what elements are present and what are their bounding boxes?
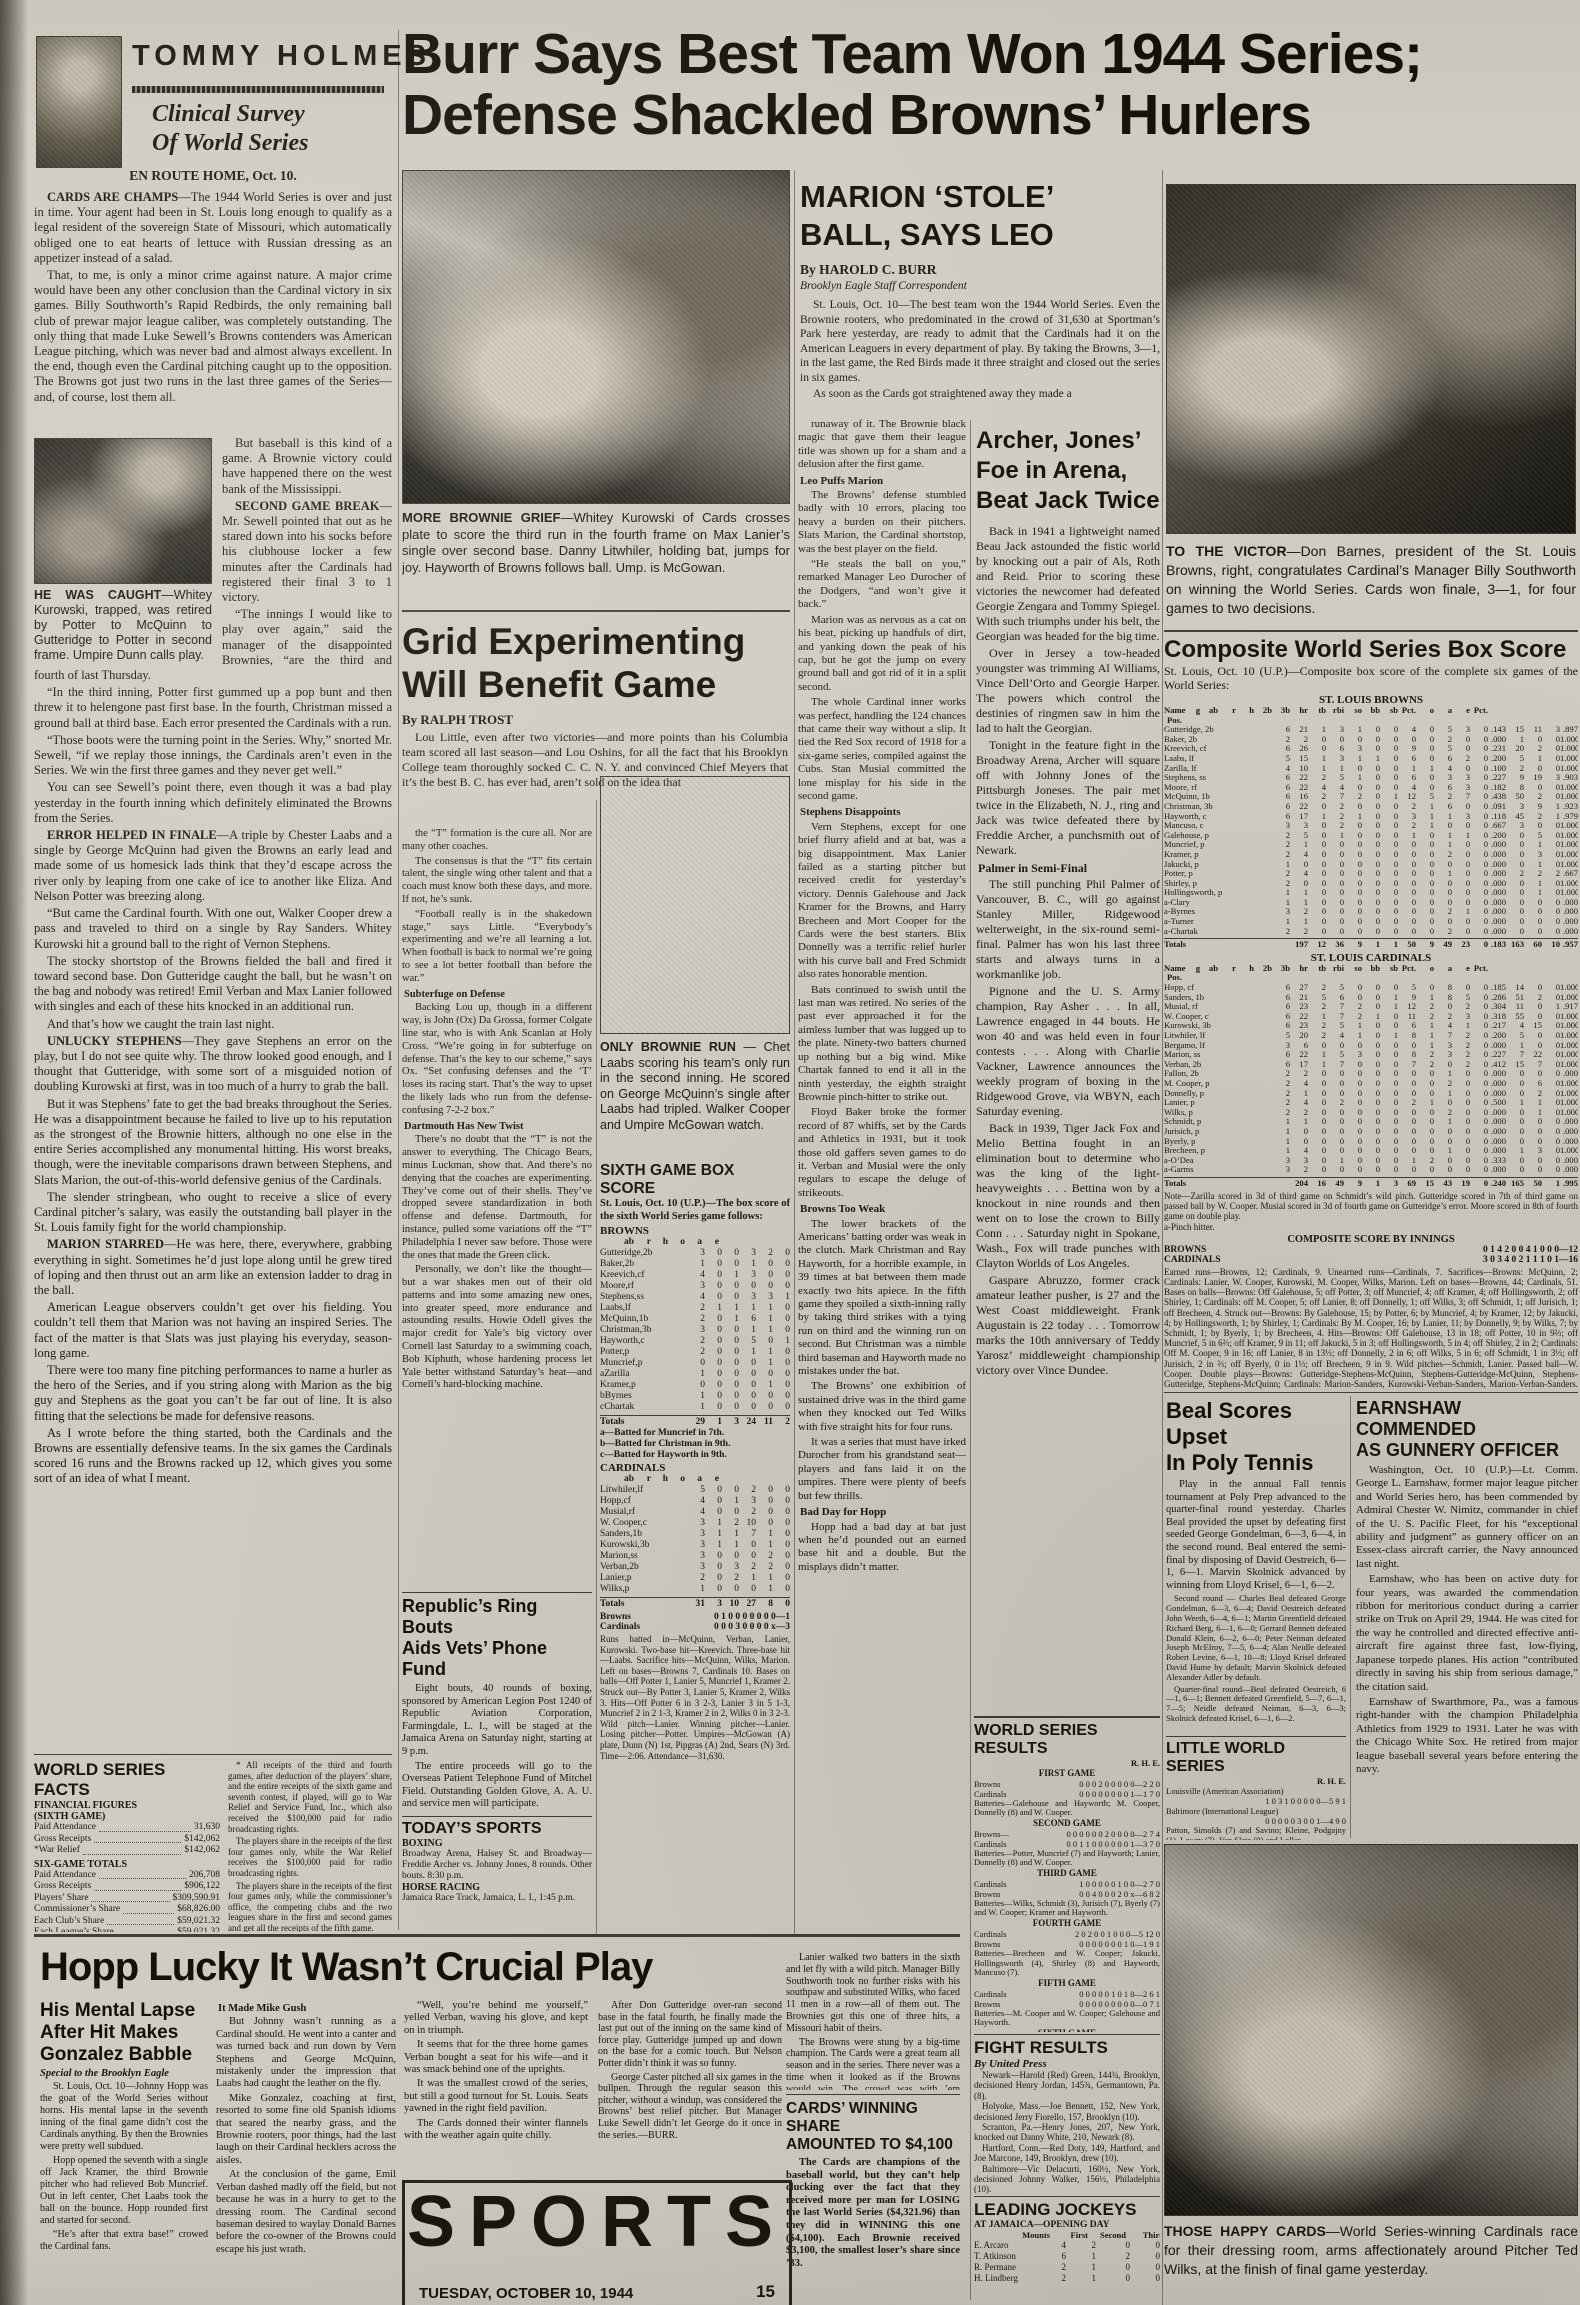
batteries: Batteries—M. Cooper and W. Cooper; Galeh…: [974, 2009, 1160, 2029]
hopp-column-e: Lanier walked two batters in the sixth a…: [786, 1952, 960, 2090]
sport-label: HORSE RACING: [402, 1882, 592, 1893]
header-cell: ab: [617, 1474, 634, 1485]
facts-row: Paid Attendance31,630: [34, 1822, 220, 1834]
facts-sub1b: (SIXTH GAME): [34, 1811, 220, 1822]
stat-row: Hayworth, c6171210031130.1184521.979: [1164, 812, 1578, 822]
stat-row: Stephens, ss6222510060330.2279193.903: [1164, 773, 1578, 783]
stat-row: Muncrief, p210000000100.0000101.000: [1164, 840, 1578, 850]
header-cell: Third: [1126, 2230, 1160, 2240]
game-label: THIRD GAME: [974, 1868, 1160, 1879]
more-brownie-grief-caption: MORE BROWNIE GRIEF—Whitey Kurowski of Ca…: [402, 510, 790, 606]
paragraph: Lanier walked two batters in the sixth a…: [786, 1952, 960, 2035]
little-world-series: LITTLE WORLD SERIES R. H. E. Louisville …: [1166, 1740, 1346, 1840]
game-label: SECOND GAME: [974, 1818, 1160, 1829]
paragraph: It seems that for the three home games V…: [404, 2039, 588, 2076]
paragraph: ERROR HELPED IN FINALE—A triple by Chest…: [34, 828, 392, 904]
jockeys-rows: E. Arcaro4200T. Atkinson6120R. Permane21…: [974, 2240, 1160, 2284]
sixth-game-box-score: SIXTH GAME BOX SCORE St. Louis, Oct. 10 …: [600, 1162, 790, 1906]
header-cell: e: [702, 1474, 719, 1485]
laabs-scores-photo: [600, 776, 790, 1034]
paragraph: “But came the Cardinal fourth. With one …: [34, 906, 392, 952]
stat-row: Laabs, lf5151311060620.2005101.000: [1164, 754, 1578, 764]
paragraph: Pignone and the U. S. Army champion, Ray…: [976, 984, 1160, 1119]
paragraph: “He steals the ball on you,” remarked Ma…: [798, 558, 966, 612]
paragraph: Tonight in the feature fight in the Broa…: [976, 738, 1160, 858]
marion-headline-line1: MARION ‘STOLE’: [800, 178, 1162, 216]
header-cell: Second: [1088, 2230, 1126, 2240]
composite-lead: St. Louis, Oct. 10 (U.P.)—Composite box …: [1164, 664, 1578, 692]
batteries: Batteries—Brecheen and W. Cooper; Jakuck…: [974, 1949, 1160, 1978]
paragraph: the “T” formation is the cure all. Nor a…: [402, 828, 592, 854]
stat-row: Litwhiler,lf500200: [600, 1485, 790, 1496]
decorative-bar: [132, 86, 384, 93]
cards-share-article: CARDS’ WINNING SHARE AMOUNTED TO $4,100 …: [786, 2100, 960, 2302]
stat-row: McQuinn,1b201610: [600, 1314, 790, 1325]
composite-browns-totals: Totals197123691150949230.1831636010.957: [1164, 938, 1578, 950]
composite-note: Note—Zarilla scored in 3d of third game …: [1164, 1191, 1578, 1222]
header-cell: ab: [617, 1237, 634, 1248]
beal-headline: Beal Scores Upset In Poly Tennis: [1166, 1398, 1346, 1476]
fight-result-line: Hartford, Conn.—Red Doty, 149, Hartford,…: [974, 2143, 1160, 2164]
paragraph: After Don Gutteridge over-ran second bas…: [598, 2000, 782, 2070]
earnshaw-body: Washington, Oct. 10 (U.P.)—Lt. Comm. Geo…: [1356, 1464, 1578, 1776]
stat-row: McQuinn, 1b61627201125270.43850201.000: [1164, 792, 1578, 802]
stat-row: Galehouse, p250100010110.2000501.000: [1164, 831, 1578, 841]
header-cell: Pct.: [1398, 964, 1416, 983]
header-cell: h: [651, 1474, 668, 1485]
paragraph: It was the smallest crowd of the series,…: [404, 2078, 588, 2115]
fight-byline: By United Press: [974, 2058, 1160, 2070]
paragraph: “Well, you’re behind me yourself,” yelle…: [404, 2000, 588, 2037]
facts-row: *War Relief$142,062: [34, 1845, 220, 1857]
header-cell: g: [1182, 706, 1200, 725]
stat-row: Kreevich,cf401300: [600, 1270, 790, 1281]
header-cell: o: [1416, 964, 1434, 983]
paragraph: At the conclusion of the game, Emil Verb…: [216, 2169, 396, 2256]
header-cell: 2b: [1254, 706, 1272, 725]
header-cell: e: [702, 1237, 719, 1248]
composite-box-score: Composite World Series Box Score St. Lou…: [1164, 636, 1578, 1390]
innings-browns-label: BROWNS: [1164, 1245, 1206, 1255]
grid-headline: Grid Experimenting Will Benefit Game: [402, 620, 792, 706]
stat-row: Verban,2b303220: [600, 1562, 790, 1573]
republic-headline: Republic’s Ring Bouts Aids Vets’ Phone F…: [402, 1596, 592, 1680]
paragraph: St. Louis, Oct. 10—Johnny Hopp was the g…: [40, 2081, 208, 2153]
stat-row: Musial,rf400200: [600, 1507, 790, 1518]
section-rule: [974, 2196, 1160, 2197]
paragraph: But it was Stephens’ fate to get the bad…: [34, 1097, 392, 1188]
lws-rhe: R. H. E.: [1166, 1776, 1346, 1786]
pinch-hitter-note: a-Pinch hitter.: [1164, 1222, 1578, 1232]
paragraph: Earnshaw of Swarthmore, Pa., was a famou…: [1356, 1696, 1578, 1776]
to-the-victor-caption: TO THE VICTOR—Don Barnes, president of t…: [1166, 542, 1576, 626]
stat-row: aZarilla100000: [600, 1369, 790, 1380]
paragraph: “Football really is in the shakedown sta…: [402, 909, 592, 986]
facts-row: Commissioner’s Share$68,826.00: [34, 1904, 220, 1916]
paragraph: Gaspare Abruzzo, former crack amateur le…: [976, 1273, 1160, 1378]
stat-row: Gutteridge,2b300320: [600, 1248, 790, 1259]
facts-sub1: FINANCIAL FIGURES: [34, 1800, 220, 1811]
header-cell: Pct.: [1470, 706, 1488, 725]
archer-body-column: Back in 1941 a lightweight named Beau Ja…: [976, 524, 1160, 1712]
paragraph: UNLUCKY STEPHENS—They gave Stephens an e…: [34, 1034, 392, 1095]
paragraph: The lower brackets of the Americans’ bat…: [798, 1218, 966, 1379]
columnist-name: TOMMY HOLMES: [132, 40, 394, 73]
stat-row: Kreevich, cf6260630090500.23120201.000: [1164, 744, 1578, 754]
world-series-results: WORLD SERIES RESULTS R. H. E. FIRST GAME…: [974, 1722, 1160, 2032]
paragraph: Play in the annual Fall tennis tournamen…: [1166, 1479, 1346, 1592]
header-cell: h: [651, 1237, 668, 1248]
header-cell: so: [1344, 964, 1362, 983]
sport-entry: HORSE RACING Jamaica Race Track, Jamaica…: [402, 1882, 592, 1904]
fight-result-line: Scranton, Pa.—Henry Jones, 207, New York…: [974, 2122, 1160, 2143]
lws-title: LITTLE WORLD SERIES: [1166, 1740, 1346, 1776]
paragraph: American League observers couldn’t get o…: [34, 1300, 392, 1361]
section-rule: [1164, 630, 1578, 632]
stat-row: Schmidt, p110000000100.000000.000: [1164, 1117, 1578, 1127]
game-result: FIRST GAME Browns0 0 0 2 0 0 0 0 0—2 2 0…: [974, 1768, 1160, 1818]
paragraph: The Browns were stung by a big-time cham…: [786, 2037, 960, 2090]
composite-cardinals-rows: Hopp, cf6272500050800.18514001.000Sander…: [1164, 983, 1578, 1175]
stat-row: Laabs,lf211110: [600, 1303, 790, 1314]
composite-title: Composite World Series Box Score: [1164, 636, 1578, 664]
lws-batteries: Patton, Simolds (7) and Savino; Kleine, …: [1166, 1826, 1346, 1840]
republic-bouts-article: Republic’s Ring Bouts Aids Vets’ Phone F…: [402, 1596, 592, 1812]
stat-row: Kramer,p000010: [600, 1380, 790, 1391]
header-cell: hr: [1290, 706, 1308, 725]
lws-baltimore: Baltimore (International League): [1166, 1806, 1346, 1816]
archer-headline: Archer, Jones’ Foe in Arena, Beat Jack T…: [976, 426, 1160, 516]
fight-result-line: Baltimore—Vic Delacurti, 160½, New York,…: [974, 2164, 1160, 2194]
hopp-subhead: His Mental Lapse After Hit Makes Gonzale…: [40, 2000, 208, 2066]
paragraph: The slender stringbean, who ought to rec…: [34, 1190, 392, 1236]
stat-row: Litwhiler, lf5202410181720.2005001.000: [1164, 1031, 1578, 1041]
earnshaw-article: EARNSHAW COMMENDED AS GUNNERY OFFICER Wa…: [1356, 1398, 1578, 1838]
composite-header: Name Pos.gabrh2b3bhrtbrbisobbsbPct.oaePc…: [1164, 964, 1578, 983]
section-rule: [402, 610, 790, 612]
holmes-body-main: HE WAS CAUGHT—Whitey Kurowski, trapped, …: [34, 436, 392, 1752]
world-series-facts-box: WORLD SERIES FACTS FINANCIAL FIGURES (SI…: [34, 1760, 220, 1932]
stat-row: Wilks, p220000000200.0000101.000: [1164, 1108, 1578, 1118]
paragraph: Palmer in Semi-Final: [976, 861, 1160, 876]
paragraph: Browns Too Weak: [798, 1203, 966, 1216]
stat-row: cChartak100000: [600, 1402, 790, 1413]
todays-sports-title: TODAY’S SPORTS: [402, 1820, 592, 1838]
header-cell: sb: [1380, 706, 1398, 725]
facts-row: Paid Attendance206,708: [34, 1870, 220, 1882]
hopp-column-c: “Well, you’re behind me yourself,” yelle…: [404, 2000, 588, 2176]
banner-date: TUESDAY, OCTOBER 10, 1944: [419, 2285, 633, 2302]
header-cell: r: [1218, 706, 1236, 725]
facts-rows-totals: Paid Attendance206,708Gross Receipts$906…: [34, 1870, 220, 1933]
hopp-column-d: After Don Gutteridge over-ran second bas…: [598, 2000, 782, 2176]
paragraph: Dartmouth Has New Twist: [402, 1121, 592, 1134]
header-cell: Name Pos.: [1164, 964, 1182, 983]
paragraph: Marion was as nervous as a cat on his be…: [798, 614, 966, 694]
composite-browns-rows: Gutteridge, 2b6211310040530.14315113.897…: [1164, 725, 1578, 936]
section-rule: [402, 1816, 592, 1817]
column-kicker: Clinical Survey Of World Series: [152, 100, 384, 158]
page-binding-edge: [0, 0, 28, 2305]
paragraph: Bad Day for Hopp: [798, 1506, 966, 1519]
paragraph: The stocky shortstop of the Browns field…: [34, 954, 392, 1015]
facts-sub2: SIX-GAME TOTALS: [34, 1859, 220, 1870]
grid-headline-line2: Will Benefit Game: [402, 663, 792, 706]
column-rule: [1162, 170, 1163, 2305]
stat-row: Hollingsworth, p110000000000.0000101.000: [1164, 888, 1578, 898]
paragraph: Mike Gonzalez, coaching at first, resort…: [216, 2093, 396, 2167]
grid-byline: By RALPH TROST: [402, 712, 513, 728]
lws-louisville-score: 1 0 3 1 0 0 0 0 0—5 9 1: [1166, 1796, 1346, 1806]
innings-cardinals-score: 3 0 3 4 0 2 1 1 1 0 1—16: [1483, 1255, 1578, 1265]
paragraph: There’s no doubt that the “T” is not the…: [402, 1134, 592, 1262]
wsr-games: FIRST GAME Browns0 0 0 2 0 0 0 0 0—2 2 0…: [974, 1768, 1160, 2032]
paragraph: CARDS ARE CHAMPS—The 1944 World Series i…: [34, 190, 392, 266]
marion-headline-line2: BALL, SAYS LEO: [800, 216, 1162, 254]
main-headline-line2: Defense Shackled Browns’ Hurlers: [402, 85, 1578, 146]
header-cell: hr: [1290, 964, 1308, 983]
header-cell: ab: [1200, 964, 1218, 983]
wsr-title: WORLD SERIES RESULTS: [974, 1722, 1160, 1758]
hopp-column-b: It Made Mike GushBut Johnny wasn’t runni…: [216, 2000, 396, 2302]
those-happy-cards-photo: [1164, 1844, 1578, 2216]
composite-summary: Earned runs—Browns, 12; Cardinals, 9. Un…: [1164, 1267, 1578, 1390]
marion-headline: MARION ‘STOLE’ BALL, SAYS LEO: [800, 178, 1162, 254]
stat-row: a-Turner110000000000.000000.000: [1164, 917, 1578, 927]
column-rule: [970, 420, 971, 2300]
beal-headline-line2: In Poly Tennis: [1166, 1450, 1346, 1476]
paragraph: As I wrote before the thing started, bot…: [34, 1426, 392, 1487]
game-label: FOURTH GAME: [974, 1918, 1160, 1929]
section-rule: [1166, 1736, 1346, 1737]
round-results: Second round — Charles Beal defeated Geo…: [1166, 1594, 1346, 1682]
he-was-caught-photo: [34, 438, 212, 584]
header-cell: 2b: [1254, 964, 1272, 983]
he-was-caught-figure: HE WAS CAUGHT—Whitey Kurowski, trapped, …: [34, 438, 212, 663]
stat-row: Fallon, 2b220000000100.000000.000: [1164, 1069, 1578, 1079]
grid-body-column: the “T” formation is the cure all. Nor a…: [402, 828, 592, 1590]
game-result: SECOND GAME Browns—0 0 0 0 0 0 2 0 0 0 0…: [974, 1818, 1160, 1868]
facts-row: Players’ Share$309,590.91: [34, 1893, 220, 1905]
paragraph: The consensus is that the “T” fits certa…: [402, 856, 592, 907]
header-cell: Name Pos.: [1164, 706, 1182, 725]
header-cell: 3b: [1272, 964, 1290, 983]
paragraph: Subterfuge on Defense: [402, 989, 592, 1002]
header-cell: bb: [1362, 964, 1380, 983]
batteries: Batteries—Wilks, Schmidt (3), Jurisich (…: [974, 1899, 1160, 1919]
marion-lead: St. Louis, Oct. 10—The best team won the…: [800, 298, 1160, 416]
header-cell: Pct.: [1398, 706, 1416, 725]
browns-label: BROWNS: [600, 1225, 790, 1237]
header-cell: bb: [1362, 706, 1380, 725]
column-rule: [1350, 1396, 1351, 1838]
marion-byline: By HAROLD C. BURR: [800, 262, 937, 278]
paragraph: As soon as the Cards got straightened aw…: [800, 387, 1160, 402]
game-result: SIXTH GAME Browns0 1 0 0 0 0 0 0 0—1 3 2…: [974, 2028, 1160, 2032]
batteries: Batteries—Galehouse and Hayworth; M. Coo…: [974, 1799, 1160, 1819]
column-rule: [398, 30, 399, 1930]
jockey-row: R. Permane2100: [974, 2262, 1160, 2273]
browns-rows: Gutteridge,2b300320Baker,2b100100Kreevic…: [600, 1248, 790, 1413]
paragraph: The Cards donned their winter flannels w…: [404, 2118, 588, 2143]
paragraph: The Browns’ one exhibition of sustained …: [798, 1380, 966, 1434]
header-cell: r: [634, 1237, 651, 1248]
paragraph: Hopp opened the seventh with a single of…: [40, 2155, 208, 2227]
stat-row: a-Garms320000000000.000000.000: [1164, 1165, 1578, 1175]
beal-tennis-article: Beal Scores Upset In Poly Tennis Play in…: [1166, 1398, 1346, 1734]
cardinals-totals: Totals313102780: [600, 1597, 790, 1610]
cards-share-line2: AMOUNTED TO $4,100: [786, 2136, 960, 2154]
stat-row: Potter,p200110: [600, 1347, 790, 1358]
facts-row: Each League’s Share$59,021.32: [34, 1927, 220, 1932]
sports-banner: SPORTS TUESDAY, OCTOBER 10, 1944 15: [402, 2180, 792, 2305]
stat-row: Mancuso, c330200021000.6673001.000: [1164, 821, 1578, 831]
stat-row: Kurowski,3b311010: [600, 1540, 790, 1551]
stat-row: Moore,rf300000: [600, 1281, 790, 1292]
republic-headline-line1: Republic’s Ring Bouts: [402, 1596, 592, 1638]
newspaper-page: TOMMY HOLMES Clinical Survey Of World Se…: [0, 0, 1580, 2305]
stat-row: bByrnes100000: [600, 1391, 790, 1402]
stat-row: a-Clary110000000000.000000.000: [1164, 898, 1578, 908]
header-cell: g: [1182, 964, 1200, 983]
marion-column-a: runaway of it. The Brownie black magic t…: [798, 418, 966, 1908]
fight-results: FIGHT RESULTS By United Press Newark—Har…: [974, 2038, 1160, 2194]
jockey-row: H. Lindberg2100: [974, 2273, 1160, 2284]
paragraph: Bats continued to swish until the last m…: [798, 984, 966, 1105]
those-happy-cards-caption: THOSE HAPPY CARDS—World Series-winning C…: [1164, 2222, 1578, 2300]
facts-footnotes: * All receipts of the third and fourth g…: [228, 1760, 392, 1932]
section-rule: [974, 2034, 1160, 2035]
header-cell: tb: [1308, 964, 1326, 983]
heavy-rule: [34, 1934, 960, 1937]
earnshaw-headline-line2: AS GUNNERY OFFICER: [1356, 1440, 1578, 1461]
paragraph: Leo Puffs Marion: [798, 475, 966, 488]
header-cell: a: [1434, 706, 1452, 725]
stat-row: M. Cooper, p240000000200.0000601.000: [1164, 1079, 1578, 1089]
header-cell: r: [634, 1474, 651, 1485]
stat-row: Hayworth,c200501: [600, 1336, 790, 1347]
header-cell: tb: [1308, 706, 1326, 725]
facts-row: Gross Receipts$142,062: [34, 1834, 220, 1846]
paragraph: runaway of it. The Brownie black magic t…: [798, 418, 966, 472]
paragraph: Backing Lou up, though in a different wa…: [402, 1002, 592, 1117]
stat-row: Jakucki, p100000000000.0000101.000: [1164, 860, 1578, 870]
stat-row: Baker,2b100100: [600, 1259, 790, 1270]
kicker-line-1: Clinical Survey: [152, 100, 384, 129]
header-cell: e: [1452, 706, 1470, 725]
todays-sports-box: TODAY’S SPORTS BOXING Broadway Arena, Ha…: [402, 1820, 592, 1932]
header-cell: a: [685, 1474, 702, 1485]
paragraph: “In the third inning, Potter first gumme…: [34, 685, 392, 731]
box-header-row: abrhoae: [600, 1474, 790, 1485]
section-rule: [402, 1592, 592, 1593]
footnote: * All receipts of the third and fourth g…: [228, 1760, 392, 1834]
republic-headline-line2: Aids Vets’ Phone Fund: [402, 1638, 592, 1680]
tommy-holmes-portrait-photo: [36, 36, 122, 168]
paragraph: There were too many fine pitching perfor…: [34, 1363, 392, 1424]
header-cell: o: [668, 1474, 685, 1485]
paragraph: That, to me, is only a minor crime again…: [34, 268, 392, 405]
paragraph: St. Louis, Oct. 10—The best team won the…: [800, 298, 1160, 385]
header-cell: rbi: [1326, 706, 1344, 725]
column-rule: [596, 800, 597, 1935]
header-cell: o: [668, 1237, 685, 1248]
stat-row: Potter, p240000000100.000222.667: [1164, 869, 1578, 879]
batteries: Batteries—Potter, Muncrief (7) and Haywo…: [974, 1849, 1160, 1869]
paragraph: George Caster pitched all six games in t…: [598, 2072, 782, 2142]
jockeys-title: LEADING JOCKEYS: [974, 2200, 1160, 2220]
to-the-victor-photo: [1166, 184, 1576, 534]
section-rule: [786, 2094, 960, 2095]
beal-agate: Second round — Charles Beal defeated Geo…: [1166, 1594, 1346, 1723]
earnshaw-headline: EARNSHAW COMMENDED AS GUNNERY OFFICER: [1356, 1398, 1578, 1461]
game-label: FIFTH GAME: [974, 1978, 1160, 1989]
cardinals-rows: Litwhiler,lf500200Hopp,cf401300Musial,rf…: [600, 1485, 790, 1595]
paragraph: The entire proceeds will go to the Overs…: [402, 1761, 592, 1811]
innings-cardinals-label: CARDINALS: [1164, 1255, 1220, 1265]
header-cell: [600, 1237, 617, 1248]
paragraph: The whole Cardinal inner works was perfe…: [798, 696, 966, 803]
innings-browns-score: 0 1 4 2 0 0 4 1 0 0 0—12: [1483, 1245, 1578, 1255]
paragraph: You can see Sewell’s point there, even t…: [34, 780, 392, 826]
fight-result-line: Holyoke, Mass.—Joe Bennett, 152, New Yor…: [974, 2101, 1160, 2122]
sports-banner-word: SPORTS: [405, 2183, 789, 2261]
box-title: SIXTH GAME BOX SCORE: [600, 1162, 790, 1198]
archer-headline-line3: Beat Jack Twice: [976, 486, 1160, 516]
header-cell: rbi: [1326, 964, 1344, 983]
stat-row: Verban, 2b6171700072020.41215701.000: [1164, 1060, 1578, 1070]
footnote: The players share in the receipts of the…: [228, 1836, 392, 1878]
beal-headline-line1: Beal Scores Upset: [1166, 1398, 1346, 1450]
header-cell: First: [1050, 2230, 1088, 2240]
header-cell: e: [1452, 964, 1470, 983]
linescore-browns: Browns0 1 0 0 0 0 0 0 0—1: [600, 1612, 790, 1622]
stat-row: Brecheen, p140000000100.0001301.000: [1164, 1146, 1578, 1156]
archer-headline-line1: Archer, Jones’: [976, 426, 1160, 456]
fight-items: Newark—Harold (Red) Green, 144¾, Brookly…: [974, 2070, 1160, 2194]
hopp-colA-paragraphs: St. Louis, Oct. 10—Johnny Hopp was the g…: [40, 2081, 208, 2253]
note-line: a—Batted for Muncrief in 7th.: [600, 1428, 790, 1439]
cardinals-label: CARDINALS: [600, 1462, 790, 1474]
stat-row: Byerly, p100000000000.000000.000: [1164, 1137, 1578, 1147]
hopp-credit: Special to the Brooklyn Eagle: [40, 2068, 208, 2079]
sport-detail: Broadway Arena, Halsey St. and Broadway—…: [402, 1849, 592, 1882]
game-result: THIRD GAME Cardinals1 0 0 0 0 0 1 0 0—2 …: [974, 1868, 1160, 1918]
paragraph: Earnshaw, who has been on active duty fo…: [1356, 1573, 1578, 1694]
box-summary: Runs batted in—McQuinn, Verban, Lanier, …: [600, 1634, 790, 1761]
box-lead: St. Louis, Oct. 10 (U.P.)—The box score …: [600, 1198, 790, 1223]
header-cell: a: [685, 1237, 702, 1248]
game-label: FIRST GAME: [974, 1768, 1160, 1779]
header-cell: a: [1434, 964, 1452, 983]
game-result: FIFTH GAME Cardinals0 0 0 0 0 1 0 1 0—2 …: [974, 1978, 1160, 2028]
paragraph: Washington, Oct. 10 (U.P.)—Lt. Comm. Geo…: [1356, 1464, 1578, 1571]
kicker-line-2: Of World Series: [152, 129, 384, 158]
header-cell: Pct.: [1470, 964, 1488, 983]
stat-row: Marion,ss300020: [600, 1551, 790, 1562]
cards-share-headline: CARDS’ WINNING SHARE AMOUNTED TO $4,100: [786, 2100, 960, 2154]
fight-title: FIGHT RESULTS: [974, 2038, 1160, 2058]
paragraph: Stephens Disappoints: [798, 806, 966, 819]
footnote: The players share in the receipts of the…: [228, 1881, 392, 1932]
jockey-row: T. Atkinson6120: [974, 2251, 1160, 2262]
dateline: EN ROUTE HOME, Oct. 10.: [34, 168, 392, 184]
header-cell: r: [1218, 964, 1236, 983]
paragraph: It was a series that must have irked Dur…: [798, 1436, 966, 1503]
header-cell: [974, 2230, 1012, 2240]
paragraph: The still punching Phil Palmer of Vancou…: [976, 877, 1160, 982]
header-cell: 3b: [1272, 706, 1290, 725]
